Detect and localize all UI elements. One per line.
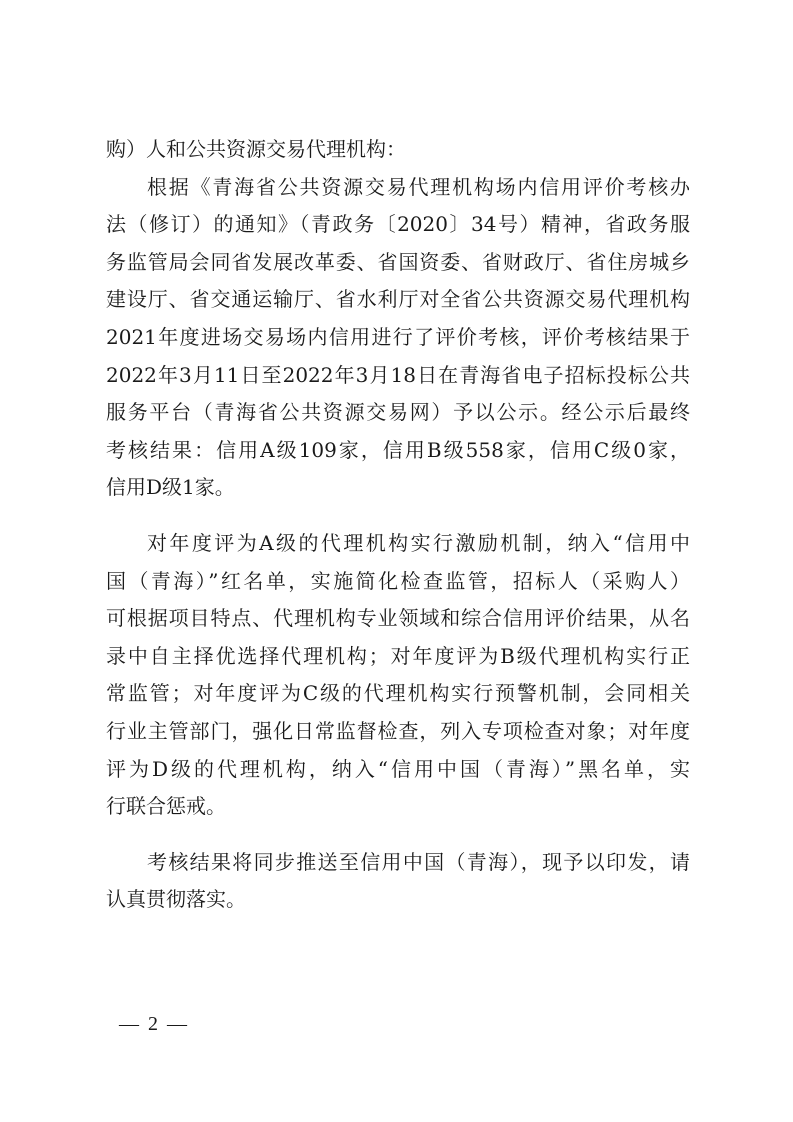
paragraph-gap xyxy=(106,507,690,525)
text-line: 对年度评为A级的代理机构实行激励机制，纳入“信用中 xyxy=(106,525,690,563)
text-line: 购）人和公共资源交易代理机构： xyxy=(106,131,690,169)
text-line: 录中自主择优选择代理机构；对年度评为B级代理机构实行正 xyxy=(106,638,690,676)
text-line: 信用D级1家。 xyxy=(106,469,690,507)
text-line: 服务平台（青海省公共资源交易网）予以公示。经公示后最终 xyxy=(106,394,690,432)
text-line: 根据《青海省公共资源交易代理机构场内信用评价考核办 xyxy=(106,169,690,207)
text-line: 2021年度进场交易场内信用进行了评价考核，评价考核结果于 xyxy=(106,319,690,357)
text-line: 行联合惩戒。 xyxy=(106,788,690,826)
paragraph-evaluation-results: 根据《青海省公共资源交易代理机构场内信用评价考核办 法（修订）的通知》（青政务〔… xyxy=(106,169,690,507)
text-line: 行业主管部门，强化日常监督检查，列入专项检查对象；对年度 xyxy=(106,713,690,751)
body-text: 购）人和公共资源交易代理机构： 根据《青海省公共资源交易代理机构场内信用评价考核… xyxy=(106,131,690,919)
document-page: 购）人和公共资源交易代理机构： 根据《青海省公共资源交易代理机构场内信用评价考核… xyxy=(0,0,793,1122)
text-line: 2022年3月11日至2022年3月18日在青海省电子招标投标公共 xyxy=(106,357,690,395)
text-line: 常监管；对年度评为C级的代理机构实行预警机制，会同相关 xyxy=(106,675,690,713)
paragraph-addressees: 购）人和公共资源交易代理机构： xyxy=(106,131,690,169)
text-line: 务监管局会同省发展改革委、省国资委、省财政厅、省住房城乡 xyxy=(106,244,690,282)
text-line: 可根据项目特点、代理机构专业领域和综合信用评价结果，从名 xyxy=(106,600,690,638)
text-line: 评为D级的代理机构，纳入“信用中国（青海）”黑名单，实 xyxy=(106,751,690,789)
text-line: 考核结果：信用A级109家，信用B级558家，信用C级0家， xyxy=(106,432,690,470)
text-line: 国（青海）”红名单，实施简化检查监管，招标人（采购人） xyxy=(106,563,690,601)
text-line: 法（修订）的通知》（青政务〔2020〕34号）精神，省政务服 xyxy=(106,206,690,244)
text-line: 考核结果将同步推送至信用中国（青海），现予以印发，请 xyxy=(106,844,690,882)
text-line: 建设厅、省交通运输厅、省水利厅对全省公共资源交易代理机构 xyxy=(106,281,690,319)
paragraph-gap xyxy=(106,826,690,844)
paragraph-incentives-penalties: 对年度评为A级的代理机构实行激励机制，纳入“信用中 国（青海）”红名单，实施简化… xyxy=(106,525,690,826)
paragraph-closing: 考核结果将同步推送至信用中国（青海），现予以印发，请 认真贯彻落实。 xyxy=(106,844,690,919)
text-line: 认真贯彻落实。 xyxy=(106,881,690,919)
page-number: — 2 — xyxy=(119,1013,189,1036)
